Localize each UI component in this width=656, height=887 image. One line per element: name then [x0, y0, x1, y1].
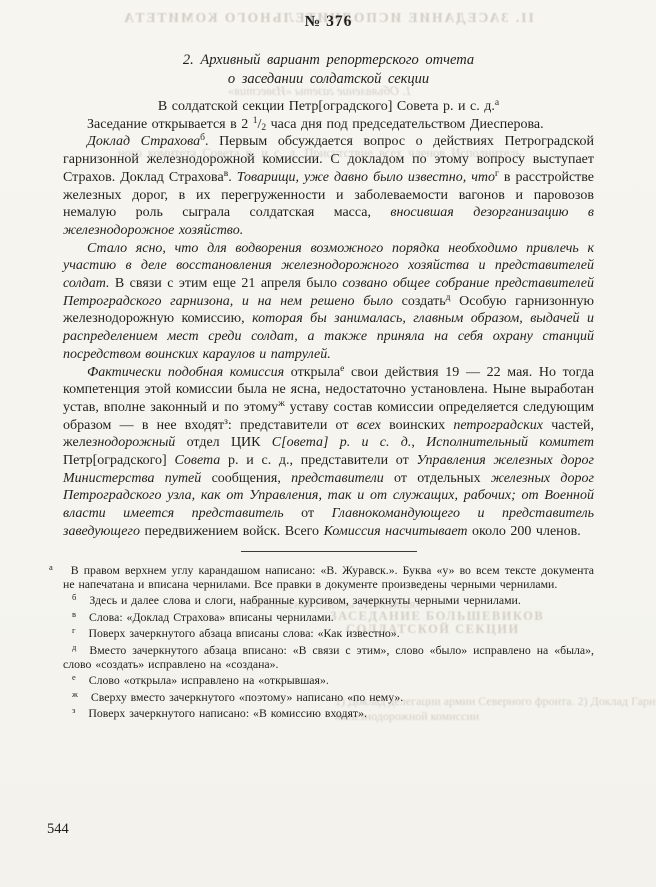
footnote: еСлово «открыла» исправлено на «открывша…: [63, 673, 594, 687]
footnote-marker: д: [72, 642, 76, 652]
document-heading: 2. Архивный вариант репортерского отчета…: [63, 51, 594, 88]
scanned-document-page: II. ЗАСЕДАНИЕ ИСПОЛНИТЕЛЬНОГО КОМИТЕТА 1…: [0, 0, 656, 887]
footnote-marker: а: [49, 562, 53, 572]
footnote-text: Слова: «Доклад Страхова» вписаны чернила…: [89, 610, 334, 624]
footnote-text: Поверх зачеркнутого абзаца вписаны слова…: [89, 626, 400, 640]
footnote-marker: г: [72, 625, 76, 635]
document-body: В солдатской секции Петр[оградского] Сов…: [63, 98, 594, 541]
footnote-text: Здесь и далее слова и слоги, набранные к…: [89, 593, 521, 607]
footnote-marker: в: [72, 609, 76, 619]
footnote-text: Вместо зачеркнутого абзаца вписано: «В с…: [63, 643, 594, 671]
footnote-text: Сверху вместо зачеркнутого «поэтому» нап…: [91, 690, 403, 704]
footnote: жСверху вместо зачеркнутого «поэтому» на…: [63, 690, 594, 704]
text-column: № 376 2. Архивный вариант репортерского …: [63, 0, 594, 723]
footnotes-list: аВ правом верхнем углу карандашом написа…: [63, 563, 594, 721]
paragraph: Фактически подобная комиссия открылае св…: [63, 364, 594, 541]
page-number: 544: [47, 821, 69, 838]
paragraph: Стало ясно, что для водворения возможног…: [63, 240, 594, 364]
footnote-text: Слово «открыла» исправлено на «открывшая…: [89, 673, 329, 687]
footnote-separator: [241, 551, 417, 552]
paragraph: В солдатской секции Петр[оградского] Сов…: [63, 98, 594, 116]
footnote-marker: ж: [72, 689, 78, 699]
footnote-marker: б: [72, 592, 76, 602]
footnote: дВместо зачеркнутого абзаца вписано: «В …: [63, 643, 594, 671]
paragraph: Заседание открывается в 2 1/2 часа дня п…: [63, 116, 594, 134]
footnote: аВ правом верхнем углу карандашом написа…: [63, 563, 594, 591]
footnote: зПоверх зачеркнутого написано: «В комисс…: [63, 706, 594, 720]
footnote-text: Поверх зачеркнутого написано: «В комисси…: [88, 706, 367, 720]
footnote-text: В правом верхнем углу карандашом написан…: [63, 563, 594, 591]
footnote-marker: з: [72, 705, 75, 715]
footnote: вСлова: «Доклад Страхова» вписаны чернил…: [63, 610, 594, 624]
paragraph: Доклад Страховаб. Первым обсуждается воп…: [63, 133, 594, 239]
document-heading-line2: о заседании солдатской секции: [63, 70, 594, 89]
footnote-marker: е: [72, 672, 76, 682]
document-number: № 376: [63, 13, 594, 31]
document-heading-line1: 2. Архивный вариант репортерского отчета: [63, 51, 594, 70]
footnote: гПоверх зачеркнутого абзаца вписаны слов…: [63, 626, 594, 640]
footnote: бЗдесь и далее слова и слоги, набранные …: [63, 593, 594, 607]
